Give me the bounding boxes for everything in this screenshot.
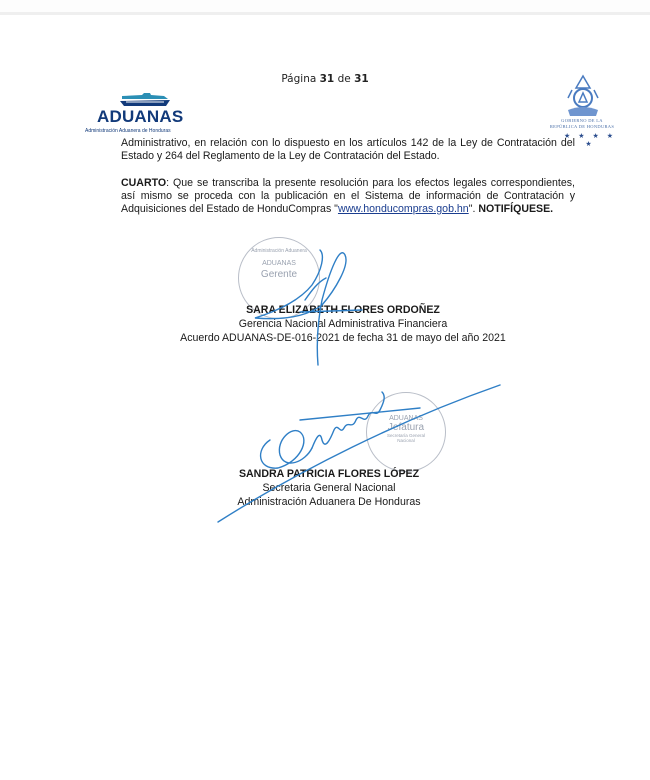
cuarto-after-link: ".	[469, 203, 479, 215]
gobierno-logo: GOBIERNO DE LA REPÚBLICA DE HONDURAS ★ ★…	[548, 74, 618, 144]
honduras-emblem-icon	[560, 74, 606, 118]
signer-1-title: Gerencia Nacional Administrativa Financi…	[18, 317, 650, 331]
signature-block-1: SARA ELIZABETH FLORES ORDOÑEZ Gerencia N…	[18, 303, 650, 345]
page-total: 31	[354, 73, 369, 85]
signer-1-name: SARA ELIZABETH FLORES ORDOÑEZ	[18, 303, 650, 317]
cuarto-label: CUARTO	[121, 177, 166, 189]
page-current: 31	[320, 73, 335, 85]
paragraph-articulos: Administrativo, en relación con lo dispu…	[121, 137, 575, 163]
paragraph-cuarto: CUARTO: Que se transcriba la presente re…	[121, 177, 575, 216]
gobierno-line2: REPÚBLICA DE HONDURAS	[542, 124, 622, 130]
stamp2-dept2: Nacional	[367, 438, 445, 443]
viewer-top-bar	[0, 0, 650, 15]
ship-icon	[120, 92, 170, 108]
signer-2-title: Secretaria General Nacional	[4, 481, 650, 495]
stamp1-role: Gerente	[239, 269, 319, 280]
stamp1-top: Administración Aduanera	[239, 248, 319, 254]
gobierno-text: GOBIERNO DE LA REPÚBLICA DE HONDURAS	[542, 118, 622, 130]
aduanas-logo: ADUANAS Administración Aduanera de Hondu…	[85, 92, 205, 138]
notifiquese-text: NOTIFÍQUESE.	[478, 203, 553, 215]
signer-2-note: Administración Aduanera De Honduras	[4, 495, 650, 509]
signature-block-2: SANDRA PATRICIA FLORES LÓPEZ Secretaria …	[4, 467, 650, 509]
stamp2-org: ADUANAS	[367, 415, 445, 422]
page-label: Página	[281, 73, 316, 85]
signer-1-note: Acuerdo ADUANAS-DE-016-2021 de fecha 31 …	[18, 331, 650, 345]
stamp2-role: Jefatura	[367, 422, 445, 433]
aduanas-wordmark: ADUANAS	[97, 107, 183, 127]
signer-2-name: SANDRA PATRICIA FLORES LÓPEZ	[4, 467, 650, 481]
page-separator: de	[338, 73, 351, 85]
official-stamp-jefatura: ADUANAS Jefatura Secretaría General Naci…	[366, 392, 446, 472]
honducompras-link[interactable]: www.honducompras.gob.hn	[338, 203, 469, 215]
stamp1-org: ADUANAS	[239, 260, 319, 267]
aduanas-subtitle: Administración Aduanera de Honduras	[85, 128, 171, 134]
